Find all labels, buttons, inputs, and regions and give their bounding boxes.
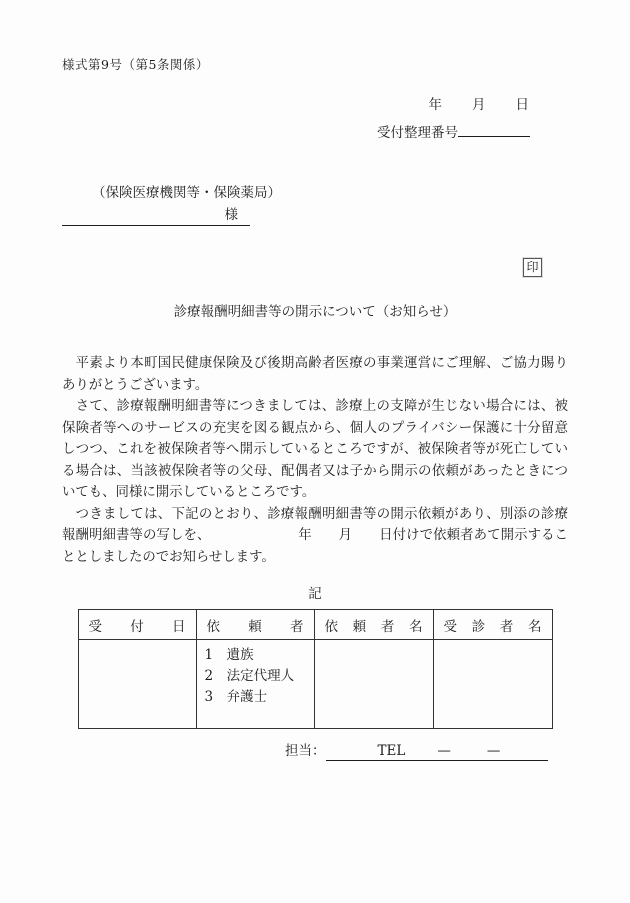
date-line: 年 月 日 [62, 93, 568, 113]
addressee-suffix: 様 [225, 207, 239, 223]
requester-option-lawyer: 3 弁護士 [205, 687, 306, 708]
receipt-number-blank [458, 121, 530, 137]
paragraph-greeting: 平素より本町国民健康保険及び後期高齢者医療の事業運営にご理解、ご協力賜りありがと… [62, 353, 568, 396]
paragraph-policy: さて、診療報酬明細書等につきましては、診療上の支障が生じない場合には、被保険者等… [62, 396, 568, 504]
staff-label: 担当： [285, 743, 326, 759]
table-row: 1 遺族 2 法定代理人 3 弁護士 [78, 640, 552, 729]
request-table: 受 付 日 依 頼 者 依 頼 者 名 受 診 者 名 1 遺族 2 法定代理人… [78, 609, 553, 729]
paragraph-notice: つきましては、下記のとおり、診療報酬明細書等の開示依頼があり、別添の診療報酬明細… [62, 504, 568, 569]
tel-dash-1: — [437, 743, 451, 759]
body-text: 平素より本町国民健康保険及び後期高齢者医療の事業運営にご理解、ご協力賜りありがと… [62, 353, 568, 568]
receipt-number-line: 受付整理番号 [62, 121, 568, 141]
requester-option-legal-representative: 2 法定代理人 [205, 666, 306, 687]
seal-row: 印 [62, 256, 568, 277]
cell-patient-name [433, 640, 552, 729]
tel-label: TEL [378, 743, 406, 759]
cell-requester-options: 1 遺族 2 法定代理人 3 弁護士 [196, 640, 314, 729]
receipt-number-label: 受付整理番号 [377, 125, 458, 141]
form-number: 様式第9号（第5条関係） [62, 55, 568, 73]
table-header-row: 受 付 日 依 頼 者 依 頼 者 名 受 診 者 名 [78, 610, 552, 640]
tel-dash-2: — [487, 743, 501, 759]
column-header-patient-name: 受 診 者 名 [433, 610, 552, 640]
record-mark: 記 [62, 582, 568, 602]
column-header-requester: 依 頼 者 [196, 610, 314, 640]
requester-option-bereaved: 1 遺族 [205, 645, 306, 666]
cell-reception-date [78, 640, 196, 729]
cell-requester-name [314, 640, 433, 729]
addressee-note: （保険医療機関等・保険薬局） [62, 181, 568, 201]
contact-line: 担当：TEL—— [62, 739, 568, 761]
addressee-blank-line: 様 [62, 203, 250, 226]
contact-fill-line: TEL—— [326, 743, 548, 761]
seal-stamp-box: 印 [523, 258, 542, 277]
column-header-reception-date: 受 付 日 [78, 610, 196, 640]
column-header-requester-name: 依 頼 者 名 [314, 610, 433, 640]
document-page: 様式第9号（第5条関係） 年 月 日 受付整理番号 （保険医療機関等・保険薬局）… [0, 0, 630, 903]
page-title: 診療報酬明細書等の開示について（お知らせ） [62, 300, 568, 320]
